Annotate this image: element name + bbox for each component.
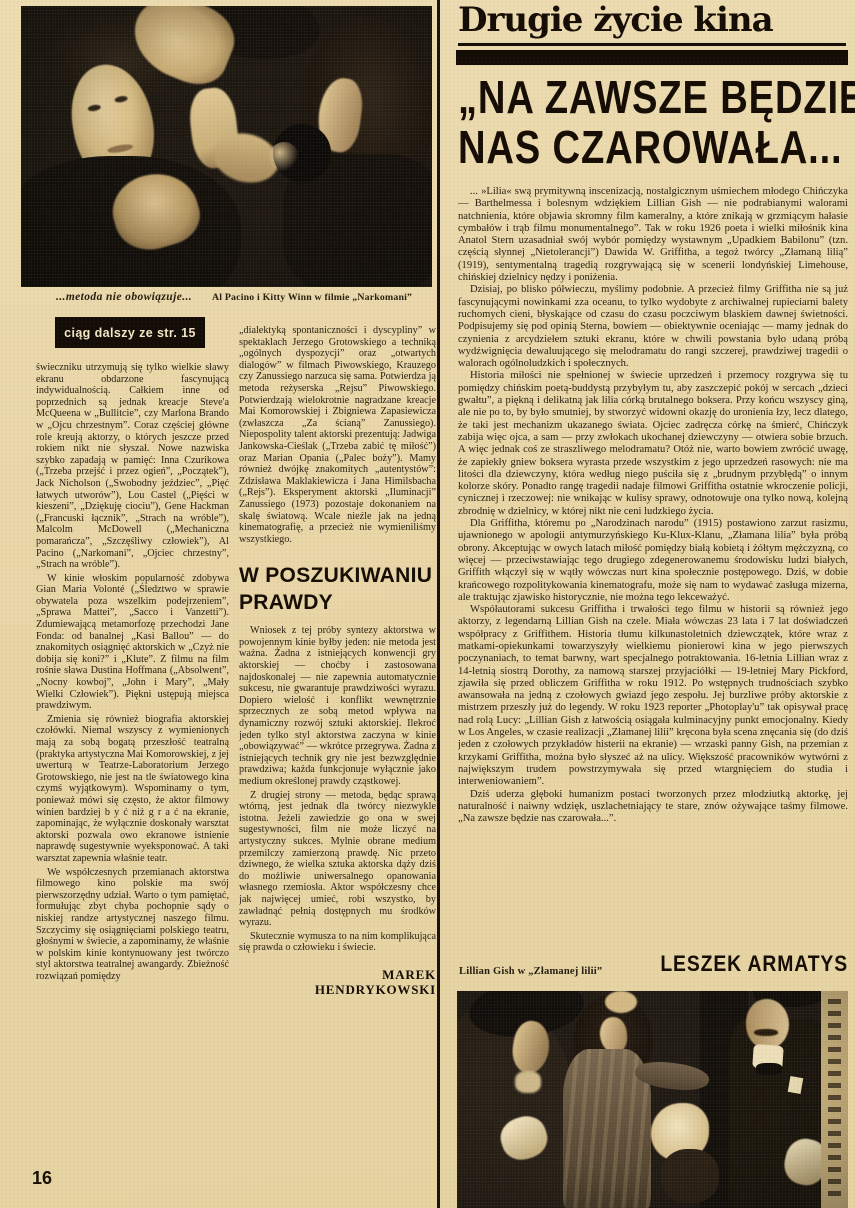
paragraph: We współczesnych przemianach aktorstwa f…: [36, 867, 229, 983]
photo-caption-italic: ...metoda nie obowiązuje...: [56, 291, 192, 303]
paragraph: Z drugiej strony — metoda, będąc sprawą …: [239, 790, 436, 929]
right-article-body: ... »Lilia« swą prymitywną inscenizacją,…: [458, 186, 848, 960]
paragraph: świeczniku utrzymują się tylko wielkie s…: [36, 362, 229, 571]
halftone-overlay: [457, 991, 848, 1208]
paragraph: ... »Lilia« swą prymitywną inscenizacją,…: [458, 186, 848, 284]
headline-line-1: „NA ZAWSZE BĘDZIE: [458, 72, 788, 122]
headline-line-2: NAS CZAROWAŁA...: [458, 122, 788, 172]
paragraph: Dzisiaj, po blisko półwieczu, myślimy po…: [458, 284, 848, 370]
top-photo-narkomani: [21, 6, 432, 287]
paragraph: „dialektyką spontaniczności i dyscypliny…: [239, 325, 436, 545]
photo-caption-credit: Al Pacino i Kitty Winn w filmie „Narkoma…: [212, 292, 412, 303]
paragraph: Dziś uderza głęboki humanizm postaci two…: [458, 789, 848, 826]
top-photo-caption: ...metoda nie obowiązuje... Al Pacino i …: [56, 291, 438, 303]
article-headline: „NA ZAWSZE BĘDZIE NAS CZAROWAŁA...: [458, 72, 855, 172]
kicker-title: Drugie życie kina: [458, 0, 773, 40]
page-number: 16: [32, 1168, 52, 1189]
author-byline-right: LESZEK ARMATYS: [505, 951, 848, 977]
section-divider-line: [437, 0, 440, 1208]
paragraph: Skutecznie wymusza to na nim komplikując…: [239, 931, 436, 954]
paragraph: Współautorami sukcesu Griffitha i trwało…: [458, 604, 848, 788]
magazine-page: ...metoda nie obowiązuje... Al Pacino i …: [0, 0, 855, 1208]
left-article-column-1: świeczniku utrzymują się tylko wielkie s…: [36, 362, 229, 1157]
paragraph: W kinie włoskim popularność zdobywa Gian…: [36, 573, 229, 712]
author-byline-left: MAREK HENDRYKOWSKI: [308, 967, 436, 997]
paragraph: Historia miłości nie spełnionej w świeci…: [458, 370, 848, 518]
kicker-black-bar: [456, 50, 848, 65]
left-article-column-2: „dialektyką spontaniczności i dyscypliny…: [239, 325, 436, 1177]
paragraph: Dla Griffitha, któremu po „Narodzinach n…: [458, 518, 848, 604]
halftone-overlay: [21, 6, 432, 287]
kicker-double-rule: [458, 43, 846, 46]
continuation-box-label: ciąg dalszy ze str. 15: [64, 326, 196, 340]
paragraph: Wniosek z tej próby syntezy aktorstwa w …: [239, 625, 436, 787]
bottom-photo-broken-blossoms: [457, 991, 848, 1208]
continuation-box: ciąg dalszy ze str. 15: [55, 317, 205, 348]
section-heading: W POSZUKIWANIU PRAWDY: [239, 562, 436, 616]
paragraph: Zmienia się również biografia aktorskiej…: [36, 714, 229, 865]
